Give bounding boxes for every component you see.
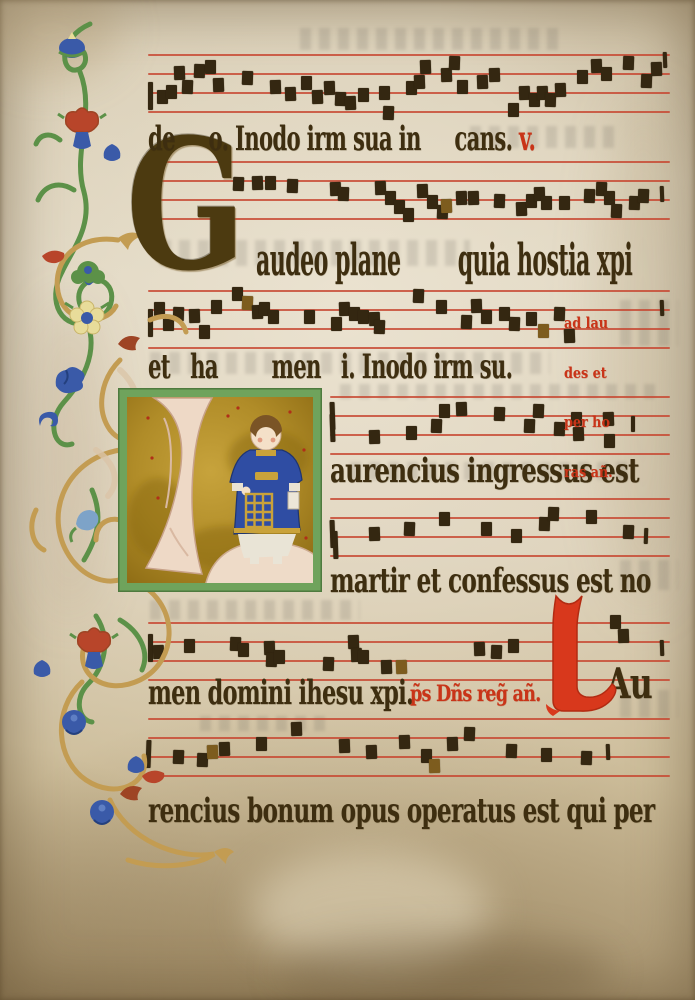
neume (511, 529, 522, 543)
neume (481, 522, 492, 536)
neume (581, 751, 592, 765)
neume-virga-stroke (330, 414, 336, 442)
neume (508, 639, 519, 653)
neume (456, 191, 467, 205)
neume (270, 80, 281, 94)
neume (358, 88, 369, 102)
neume (541, 748, 552, 762)
border-flower-bluebud (34, 660, 51, 677)
staff-line (330, 517, 670, 519)
neume (414, 75, 425, 89)
neume (379, 86, 390, 100)
marginal-rubric: ad lau des et per ho ras añ. (564, 282, 613, 513)
neume (265, 176, 276, 190)
neume (601, 67, 612, 81)
neume (538, 324, 549, 338)
neume (663, 52, 668, 68)
border-flower-bluebell (59, 32, 85, 58)
neume (358, 310, 369, 324)
neume (420, 60, 431, 74)
historiated-initial-miniature (118, 388, 322, 592)
marginal-rubric-line: per ho (564, 414, 613, 431)
marginal-rubric-line: ad lau (564, 315, 613, 332)
neume (584, 189, 595, 203)
neume (403, 208, 414, 222)
neume (274, 650, 285, 664)
border-flower-blueround (90, 800, 114, 824)
neume (623, 525, 634, 539)
initial-l-red (536, 592, 628, 718)
neume (641, 74, 652, 88)
chant-text-line-7: rencius bonum opus operatus est qui per (148, 792, 654, 831)
neume (533, 404, 544, 418)
neume (324, 81, 335, 95)
neume (441, 199, 452, 213)
neume (524, 419, 535, 433)
neume (651, 62, 662, 76)
neume (559, 196, 570, 210)
staff-line (330, 396, 670, 398)
neume (509, 317, 520, 331)
parchment-stain (250, 850, 490, 970)
neume (494, 194, 505, 208)
neume (366, 745, 377, 759)
neume (374, 320, 385, 334)
neume (491, 645, 502, 659)
neume (541, 196, 552, 210)
chant-text-line-2: audeo plane quia hostia xpi (256, 236, 632, 287)
neume (285, 87, 296, 101)
neume (456, 402, 467, 416)
neume (660, 640, 665, 656)
neume (548, 507, 559, 521)
marginal-rubric-line: ras añ. (564, 464, 613, 481)
neume (508, 103, 519, 117)
neume (331, 317, 342, 331)
neume (461, 315, 472, 329)
bleedthrough-text (620, 300, 678, 346)
staff-line (330, 555, 670, 557)
neume (660, 300, 665, 316)
border-flower-bluebud (104, 144, 121, 161)
staff-line (330, 536, 670, 538)
neume (660, 186, 665, 202)
border-flower-redleaf (118, 336, 140, 350)
neume (436, 300, 447, 314)
neume (345, 96, 356, 110)
neume (369, 430, 380, 444)
neume (555, 83, 566, 97)
neume-virga-stroke (333, 531, 339, 559)
border-flower-blueround (62, 710, 86, 734)
neume (477, 75, 488, 89)
neume (312, 90, 323, 104)
versicle-mark: v. (519, 119, 535, 159)
border-flower-bluecurl (39, 412, 58, 427)
neume (338, 187, 349, 201)
neume (638, 189, 649, 203)
neume (623, 56, 634, 70)
neume (526, 312, 537, 326)
neume (399, 735, 410, 749)
neume (577, 70, 588, 84)
neume (441, 68, 452, 82)
chant-text-line-1: de o. Inodo irm sua in cans. v. (148, 120, 535, 159)
border-flower-blueacanthus (56, 367, 85, 393)
staff-line (330, 498, 670, 500)
neume (339, 739, 350, 753)
staff-line (330, 434, 670, 436)
neume (611, 204, 622, 218)
neume (358, 650, 369, 664)
border-flower-orangebud (142, 771, 164, 784)
neume (449, 56, 460, 70)
neume (291, 722, 302, 736)
neume (404, 522, 415, 536)
neume (431, 419, 442, 433)
chant-text: de o. Inodo irm sua in cans. (148, 119, 519, 159)
parchment-stain (280, 935, 610, 1000)
neume (369, 527, 380, 541)
border-flower-greencluster (71, 261, 105, 285)
neume (439, 404, 450, 418)
neume (439, 512, 450, 526)
neume (301, 76, 312, 90)
border-flower-rosette (65, 301, 109, 334)
manuscript-page: G de o. Inodo irm sua in cans. v. audeo … (0, 0, 695, 1000)
neume (489, 68, 500, 82)
neume (474, 642, 485, 656)
neume (287, 179, 298, 193)
marginal-rubric-line: des et (564, 365, 613, 382)
neume (268, 310, 279, 324)
neume (304, 310, 315, 324)
border-flower-bluebud (128, 756, 145, 773)
neume (631, 416, 635, 432)
neume (468, 191, 479, 205)
border-flower-rose (58, 108, 106, 149)
neume (644, 528, 649, 544)
neume (457, 80, 468, 94)
neume (464, 727, 475, 741)
chant-text-line-6: men domini ihesu xpi. (148, 674, 413, 713)
psalm-rubric: p̃s Dñs reg̃ añ. (410, 682, 540, 707)
neume (323, 657, 334, 671)
neume (406, 426, 417, 440)
neume (506, 744, 517, 758)
chant-text-line-3: et ha men i. Inodo irm su. (148, 348, 512, 387)
bleedthrough-text (300, 28, 560, 50)
border-flower-rose (70, 628, 118, 669)
neume (413, 289, 424, 303)
neume (481, 310, 492, 324)
neume (447, 737, 458, 751)
neume (429, 759, 440, 773)
neume (606, 744, 611, 760)
neume (494, 407, 505, 421)
